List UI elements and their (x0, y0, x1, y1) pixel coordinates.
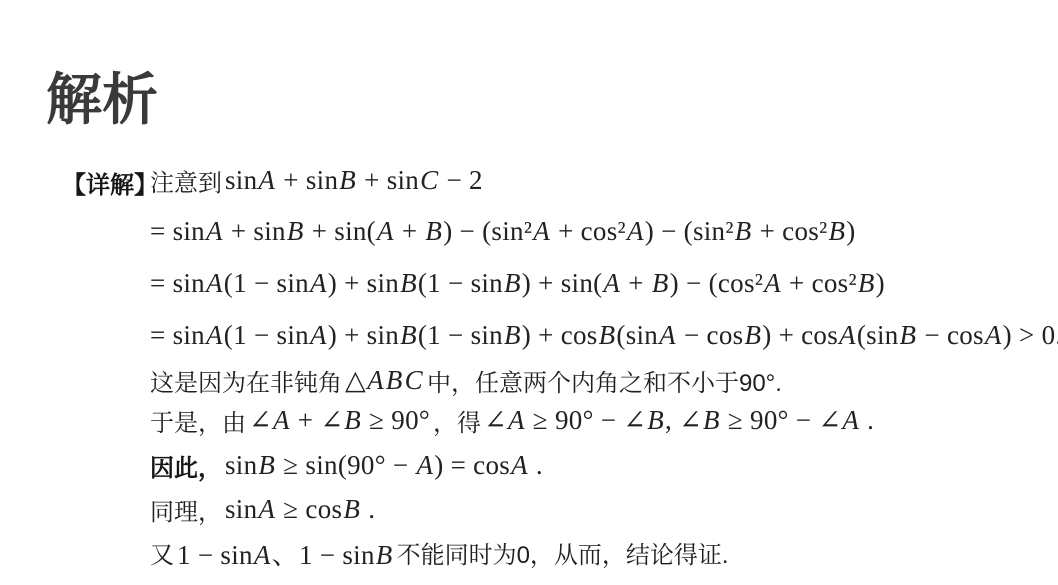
page-title: 解析 (46, 66, 158, 133)
math-segment: = sinA(1 − sinA) + sinB(1 − sinB) + sin(… (150, 268, 885, 299)
solution-line-4: = sinA(1 − sinA) + sinB(1 − sinB) + cosB… (150, 309, 1050, 361)
text-segment: 中，任意两个内角之和不小于90°. (427, 363, 782, 398)
solution-label: 【详解】 (62, 165, 158, 200)
solution-line-5: 这是因为在非钝角△ABC中，任意两个内角之和不小于90°. (150, 361, 1050, 399)
text-segment: 同理， (150, 492, 222, 527)
text-segment: 注意到 (150, 163, 222, 198)
math-segment: sinB ≥ sin(90° − A) = cosA . (225, 450, 543, 481)
math-segment: = sinA(1 − sinA) + sinB(1 − sinB) + cosB… (150, 320, 1058, 351)
solution-lines: 注意到sinA + sinB + sinC − 2= sinA + sinB +… (150, 155, 1050, 574)
math-segment: 1 − sinA、1 − sinB (177, 533, 394, 572)
math-segment: △ABC (345, 365, 424, 396)
math-segment: = sinA + sinB + sin(A + B) − (sin²A + co… (150, 216, 856, 247)
solution-line-1: 注意到sinA + sinB + sinC − 2 (150, 155, 1050, 205)
math-segment: sinA ≥ cosB . (225, 494, 375, 525)
text-segment: 于是，由 (150, 403, 246, 438)
solution-block: 【详解】 注意到sinA + sinB + sinC − 2= sinA + s… (62, 155, 1050, 574)
text-segment: 不能同时为0，从而，结论得证. (397, 535, 729, 570)
math-segment: sinA + sinB + sinC − 2 (225, 165, 483, 196)
solution-line-7: 因此，sinB ≥ sin(90° − A) = cosA . (150, 442, 1050, 488)
text-segment: 这是因为在非钝角 (150, 363, 342, 398)
text-segment: 又 (150, 535, 174, 570)
page: { "title": "解析", "colors": { "title": "#… (0, 0, 1058, 585)
text-segment: 因此， (150, 448, 222, 483)
math-segment: ∠A ≥ 90° − ∠B, ∠B ≥ 90° − ∠A . (484, 405, 874, 436)
solution-line-2: = sinA + sinB + sin(A + B) − (sin²A + co… (150, 205, 1050, 257)
text-segment: ，得 (433, 403, 481, 438)
solution-line-3: = sinA(1 − sinA) + sinB(1 − sinB) + sin(… (150, 257, 1050, 309)
solution-line-6: 于是，由∠A + ∠B ≥ 90°，得∠A ≥ 90° − ∠B, ∠B ≥ 9… (150, 399, 1050, 442)
math-segment: ∠A + ∠B ≥ 90° (249, 405, 430, 436)
solution-line-8: 同理，sinA ≥ cosB . (150, 488, 1050, 530)
solution-line-9: 又1 − sinA、1 − sinB不能同时为0，从而，结论得证. (150, 530, 1050, 574)
